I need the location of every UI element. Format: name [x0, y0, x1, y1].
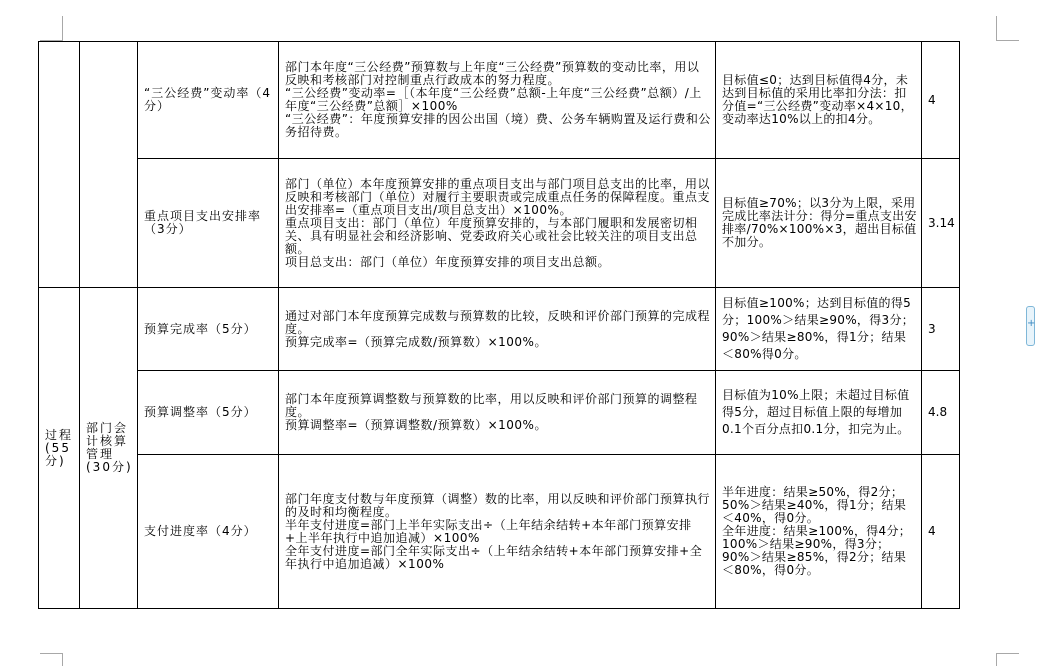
- description-line: “三公经费”：年度预算安排的因公出国（境）费、公务车辆购置及运行费和公务招待费。: [285, 113, 711, 139]
- page-corner-mark-top-left: [40, 16, 63, 41]
- description-line: 重点项目支出：部门（单位）年度预算安排的，与本部门履职和发展密切相关、具有明显社…: [285, 217, 711, 256]
- indicator-description: 通过对部门本年度预算完成数与预算数的比较，反映和评价部门预算的完成程度。 预算完…: [279, 288, 716, 371]
- table-row: 重点项目支出安排率（3分） 部门（单位）本年度预算安排的重点项目支出与部门项目总…: [39, 159, 960, 288]
- evaluation-table: “三公经费”变动率（4分） 部门本年度“三公经费”预算数与上年度“三公经费”预算…: [38, 41, 960, 609]
- indicator-description: 部门本年度预算调整数与预算数的比率，用以反映和评价部门预算的调整程度。 预算调整…: [279, 371, 716, 455]
- scoring-criteria: 半年进度：结果≥50%，得2分；50%＞结果≥40%，得1分；结果＜40%，得0…: [716, 455, 922, 609]
- description-line: 部门（单位）本年度预算安排的重点项目支出与部门项目总支出的比率，用以反映和考核部…: [285, 178, 711, 217]
- score-value: 4: [922, 455, 960, 609]
- indicator-description: 部门年度支付数与年度预算（调整）数的比率，用以反映和评价部门预算执行的及时和均衡…: [279, 455, 716, 609]
- indicator-name: 支付进度率（4分）: [138, 455, 279, 609]
- subcategory-cell: 部门会计核算管理(30分): [80, 288, 138, 609]
- category-cell-empty: [39, 42, 80, 288]
- table-row: 预算调整率（5分） 部门本年度预算调整数与预算数的比率，用以反映和评价部门预算的…: [39, 371, 960, 455]
- description-line: 半年支付进度=部门上半年实际支出÷（上年结余结转+本年部门预算安排+上半年执行中…: [285, 519, 711, 545]
- scoring-criteria: 目标值≥70%；以3分为上限，采用完成比率法计分：得分=重点支出安排率/70%×…: [716, 159, 922, 288]
- page-corner-mark-bottom-left: [40, 653, 63, 666]
- score-value: 3.14: [922, 159, 960, 288]
- category-cell: 过程(55分): [39, 288, 80, 609]
- table-row: “三公经费”变动率（4分） 部门本年度“三公经费”预算数与上年度“三公经费”预算…: [39, 42, 960, 159]
- indicator-description: 部门本年度“三公经费”预算数与上年度“三公经费”预算数的变动比率，用以反映和考核…: [279, 42, 716, 159]
- plus-icon: +: [1027, 319, 1035, 329]
- indicator-name: 预算完成率（5分）: [138, 288, 279, 371]
- indicator-name: 预算调整率（5分）: [138, 371, 279, 455]
- table-row: 过程(55分) 部门会计核算管理(30分) 预算完成率（5分） 通过对部门本年度…: [39, 288, 960, 371]
- score-value: 4.8: [922, 371, 960, 455]
- description-line: 通过对部门本年度预算完成数与预算数的比较，反映和评价部门预算的完成程度。: [285, 310, 711, 336]
- description-line: 部门年度支付数与年度预算（调整）数的比率，用以反映和评价部门预算执行的及时和均衡…: [285, 493, 711, 519]
- criteria-line: 半年进度：结果≥50%，得2分；50%＞结果≥40%，得1分；结果＜40%，得0…: [722, 486, 917, 525]
- scoring-criteria: 目标值为10%上限；未超过目标值得5分，超过目标值上限的每增加0.1个百分点扣0…: [716, 371, 922, 455]
- page-corner-mark-top-right: [996, 16, 1019, 41]
- description-line: 项目总支出：部门（单位）年度预算安排的项目支出总额。: [285, 256, 711, 269]
- scoring-criteria: 目标值≥100%；达到目标值的得5分；100%＞结果≥90%，得3分；90%＞结…: [716, 288, 922, 371]
- criteria-line: 全年进度：结果≥100%，得4分；100%＞结果≥90%，得3分；90%＞结果≥…: [722, 525, 917, 577]
- table-row: 支付进度率（4分） 部门年度支付数与年度预算（调整）数的比率，用以反映和评价部门…: [39, 455, 960, 609]
- description-line: 部门本年度预算调整数与预算数的比率，用以反映和评价部门预算的调整程度。: [285, 393, 711, 419]
- description-line: 部门本年度“三公经费”预算数与上年度“三公经费”预算数的变动比率，用以反映和考核…: [285, 61, 711, 87]
- score-value: 3: [922, 288, 960, 371]
- scoring-criteria: 目标值≤0；达到目标值得4分，未达到目标值的采用比率扣分法：扣分值=“三公经费”…: [716, 42, 922, 159]
- subcategory-cell-empty: [80, 42, 138, 288]
- description-line: 预算完成率=（预算完成数/预算数）×100%。: [285, 336, 711, 349]
- indicator-name: 重点项目支出安排率（3分）: [138, 159, 279, 288]
- description-line: 预算调整率=（预算调整数/预算数）×100%。: [285, 419, 711, 432]
- description-line: 全年支付进度=部门全年实际支出÷（上年结余结转+本年部门预算安排+全年执行中追加…: [285, 545, 711, 571]
- table-resize-handle[interactable]: +: [1026, 306, 1035, 346]
- indicator-description: 部门（单位）本年度预算安排的重点项目支出与部门项目总支出的比率，用以反映和考核部…: [279, 159, 716, 288]
- indicator-name: “三公经费”变动率（4分）: [138, 42, 279, 159]
- page-corner-mark-bottom-right: [996, 653, 1019, 666]
- score-value: 4: [922, 42, 960, 159]
- description-line: “三公经费”变动率=［（本年度“三公经费”总额-上年度“三公经费”总额）/上年度…: [285, 87, 711, 113]
